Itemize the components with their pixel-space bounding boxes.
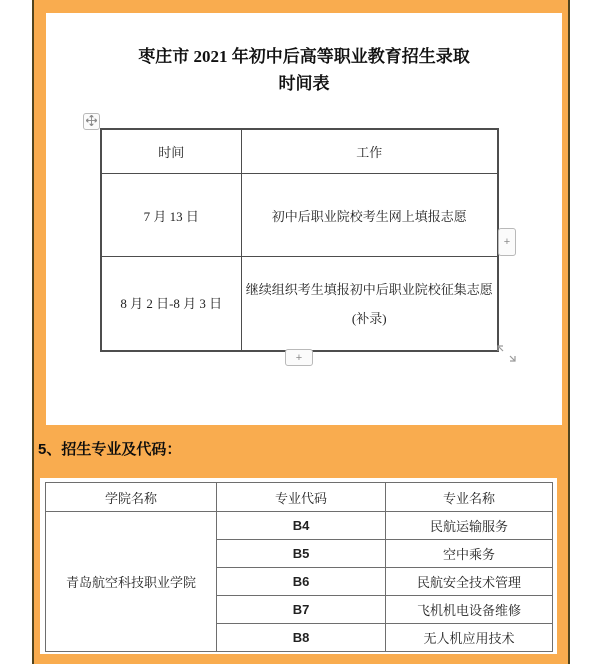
timetable-work-cell: 初中后职业院校考生网上填报志愿 (241, 174, 498, 257)
timetable-work-line2: (补录) (242, 304, 498, 333)
timetable: 时间 工作 7 月 13 日 初中后职业院校考生网上填报志愿 8 月 2 日-8… (100, 128, 499, 352)
plus-icon: + (296, 352, 302, 364)
major-code-cell: B6 (217, 568, 386, 596)
timetable-header-time: 时间 (101, 129, 241, 174)
page: 枣庄市 2021 年初中后高等职业教育招生录取 时间表 时间 工作 (0, 0, 600, 664)
major-name-cell: 民航运输服务 (386, 512, 553, 540)
timetable-work-line1: 继续组织考生填报初中后职业院校征集志愿 (242, 275, 498, 304)
majors-header-row: 学院名称 专业代码 专业名称 (46, 483, 553, 512)
major-code-cell: B8 (217, 624, 386, 652)
plus-icon: + (504, 236, 510, 248)
document-title: 枣庄市 2021 年初中后高等职业教育招生录取 时间表 (46, 43, 562, 97)
major-name-cell: 民航安全技术管理 (386, 568, 553, 596)
document-title-line1: 枣庄市 2021 年初中后高等职业教育招生录取 (46, 43, 562, 70)
document-title-line2: 时间表 (46, 70, 562, 97)
major-name-cell: 无人机应用技术 (386, 624, 553, 652)
table-row: 青岛航空科技职业学院 B4 民航运输服务 (46, 512, 553, 540)
move-icon (86, 113, 97, 131)
table-resize-handle[interactable] (495, 345, 518, 366)
document-card: 枣庄市 2021 年初中后高等职业教育招生录取 时间表 时间 工作 (46, 13, 562, 425)
timetable-time-cell: 7 月 13 日 (101, 174, 241, 257)
major-name-cell: 飞机机电设备维修 (386, 596, 553, 624)
table-row: 7 月 13 日 初中后职业院校考生网上填报志愿 (101, 174, 498, 257)
major-code-cell: B5 (217, 540, 386, 568)
majors-header-code: 专业代码 (217, 483, 386, 512)
table-move-handle[interactable] (83, 113, 100, 130)
majors-table: 学院名称 专业代码 专业名称 青岛航空科技职业学院 B4 民航运输服务 B5 空… (45, 482, 553, 652)
section-heading: 5、招生专业及代码： (38, 438, 181, 459)
college-name-cell: 青岛航空科技职业学院 (46, 512, 217, 652)
major-code-cell: B7 (217, 596, 386, 624)
major-code-cell: B4 (217, 512, 386, 540)
insert-column-button[interactable]: + (498, 228, 516, 256)
timetable-header-row: 时间 工作 (101, 129, 498, 174)
timetable-header-work: 工作 (241, 129, 498, 174)
majors-card: 学院名称 专业代码 专业名称 青岛航空科技职业学院 B4 民航运输服务 B5 空… (40, 478, 557, 654)
majors-header-name: 专业名称 (386, 483, 553, 512)
table-row: 8 月 2 日-8 月 3 日 继续组织考生填报初中后职业院校征集志愿 (补录) (101, 257, 498, 352)
majors-header-college: 学院名称 (46, 483, 217, 512)
major-name-cell: 空中乘务 (386, 540, 553, 568)
timetable-time-cell: 8 月 2 日-8 月 3 日 (101, 257, 241, 352)
resize-icon (495, 343, 518, 369)
timetable-work-cell: 继续组织考生填报初中后职业院校征集志愿 (补录) (241, 257, 498, 352)
insert-row-button[interactable]: + (285, 349, 313, 366)
